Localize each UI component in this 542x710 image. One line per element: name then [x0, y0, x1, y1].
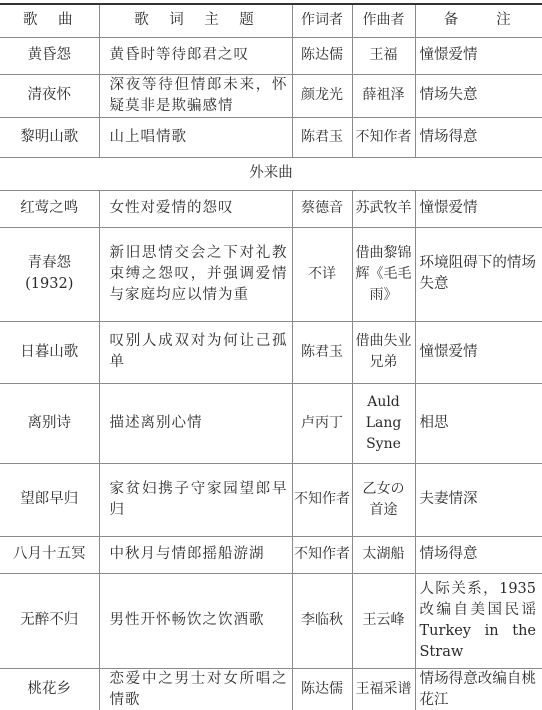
- cell-lyricist: 陈君玉: [292, 321, 352, 383]
- cell-song: 桃花乡: [0, 668, 99, 710]
- cell-remarks: 人际关系，1935改编自美国民谣 Turkey in the Straw: [415, 573, 542, 668]
- table-row: 日暮山歌 叹别人成双对为何让己孤单 陈君玉 借曲失业兄弟 憧憬爱情: [0, 321, 542, 383]
- cell-theme: 黄昏时等待郎君之叹: [99, 37, 292, 74]
- header-composer: 作曲者: [352, 4, 415, 37]
- cell-composer: 乙女の首途: [352, 463, 415, 536]
- table-row: 黄昏怨 黄昏时等待郎君之叹 陈达儒 王福 憧憬爱情: [0, 37, 542, 74]
- cell-theme: 中秋月与情郎摇船游湖: [99, 536, 292, 573]
- cell-song: 八月十五冥: [0, 536, 99, 573]
- cell-song: 无醉不归: [0, 573, 99, 668]
- cell-theme: 山上唱情歌: [99, 117, 292, 157]
- cell-theme: 深夜等待但情郎未来，怀疑莫非是欺骗感情: [99, 74, 292, 117]
- cell-remarks: 憧憬爱情: [415, 37, 542, 74]
- cell-composer: 借曲黎锦辉《毛毛雨》: [352, 227, 415, 321]
- cell-lyricist: 不详: [292, 227, 352, 321]
- cell-theme: 描述离别心情: [99, 383, 292, 463]
- cell-composer: 不知作者: [352, 117, 415, 157]
- section-row: 外来曲: [0, 157, 542, 190]
- cell-lyricist: 陈达儒: [292, 37, 352, 74]
- cell-lyricist: 不知作者: [292, 463, 352, 536]
- cell-theme: 恋爱中之男士对女所唱之情歌: [99, 668, 292, 710]
- cell-composer: 借曲失业兄弟: [352, 321, 415, 383]
- section-label: 外来曲: [0, 157, 542, 190]
- cell-song: 离别诗: [0, 383, 99, 463]
- cell-composer: 王福采谱: [352, 668, 415, 710]
- cell-song: 清夜怀: [0, 74, 99, 117]
- cell-composer: 薛祖泽: [352, 74, 415, 117]
- cell-song: 黄昏怨: [0, 37, 99, 74]
- cell-theme: 女性对爱情的怨叹: [99, 190, 292, 227]
- cell-lyricist: 陈君玉: [292, 117, 352, 157]
- cell-lyricist: 陈达儒: [292, 668, 352, 710]
- table-row: 青春怨 (1932) 新旧思情交会之下对礼教束缚之怨叹，并强调爱情与家庭均应以情…: [0, 227, 542, 321]
- table-row: 黎明山歌 山上唱情歌 陈君玉 不知作者 情场得意: [0, 117, 542, 157]
- cell-remarks: 情场得意: [415, 536, 542, 573]
- cell-lyricist: 李临秋: [292, 573, 352, 668]
- cell-song: 红莺之鸣: [0, 190, 99, 227]
- cell-remarks: 憧憬爱情: [415, 190, 542, 227]
- cell-composer: 苏武牧羊: [352, 190, 415, 227]
- table-row: 无醉不归 男性开怀畅饮之饮酒歌 李临秋 王云峰 人际关系，1935改编自美国民谣…: [0, 573, 542, 668]
- header-theme: 歌 词 主 题: [99, 4, 292, 37]
- song-year: (1932): [4, 274, 95, 295]
- cell-remarks: 环境阻碍下的情场失意: [415, 227, 542, 321]
- cell-song: 日暮山歌: [0, 321, 99, 383]
- cell-composer: 王云峰: [352, 573, 415, 668]
- cell-remarks: 情场得意: [415, 117, 542, 157]
- cell-song: 黎明山歌: [0, 117, 99, 157]
- cell-remarks: 情场得意改编自桃花江: [415, 668, 542, 710]
- table-row: 桃花乡 恋爱中之男士对女所唱之情歌 陈达儒 王福采谱 情场得意改编自桃花江: [0, 668, 542, 710]
- cell-theme: 家贫妇携子守家园望郎早归: [99, 463, 292, 536]
- cell-theme: 新旧思情交会之下对礼教束缚之怨叹，并强调爱情与家庭均应以情为重: [99, 227, 292, 321]
- table-row: 离别诗 描述离别心情 卢丙丁 Auld Lang Syne 相思: [0, 383, 542, 463]
- cell-lyricist: 蔡德音: [292, 190, 352, 227]
- songs-table: 歌 曲 歌 词 主 题 作词者 作曲者 备 注 黄昏怨 黄昏时等待郎君之叹 陈达…: [0, 3, 542, 710]
- song-title: 青春怨: [4, 253, 95, 274]
- cell-composer: 王福: [352, 37, 415, 74]
- table-row: 红莺之鸣 女性对爱情的怨叹 蔡德音 苏武牧羊 憧憬爱情: [0, 190, 542, 227]
- cell-composer: Auld Lang Syne: [352, 383, 415, 463]
- cell-song: 望郎早归: [0, 463, 99, 536]
- cell-lyricist: 卢丙丁: [292, 383, 352, 463]
- table-row: 八月十五冥 中秋月与情郎摇船游湖 不知作者 太湖船 情场得意: [0, 536, 542, 573]
- cell-lyricist: 颜龙光: [292, 74, 352, 117]
- cell-lyricist: 不知作者: [292, 536, 352, 573]
- header-row: 歌 曲 歌 词 主 题 作词者 作曲者 备 注: [0, 4, 542, 37]
- cell-remarks: 憧憬爱情: [415, 321, 542, 383]
- table-row: 清夜怀 深夜等待但情郎未来，怀疑莫非是欺骗感情 颜龙光 薛祖泽 情场失意: [0, 74, 542, 117]
- cell-remarks: 夫妻情深: [415, 463, 542, 536]
- cell-theme: 男性开怀畅饮之饮酒歌: [99, 573, 292, 668]
- cell-song: 青春怨 (1932): [0, 227, 99, 321]
- header-lyricist: 作词者: [292, 4, 352, 37]
- header-remarks: 备 注: [415, 4, 542, 37]
- table-row: 望郎早归 家贫妇携子守家园望郎早归 不知作者 乙女の首途 夫妻情深: [0, 463, 542, 536]
- cell-composer: 太湖船: [352, 536, 415, 573]
- header-song: 歌 曲: [0, 4, 99, 37]
- cell-theme: 叹别人成双对为何让己孤单: [99, 321, 292, 383]
- cell-remarks: 情场失意: [415, 74, 542, 117]
- cell-remarks: 相思: [415, 383, 542, 463]
